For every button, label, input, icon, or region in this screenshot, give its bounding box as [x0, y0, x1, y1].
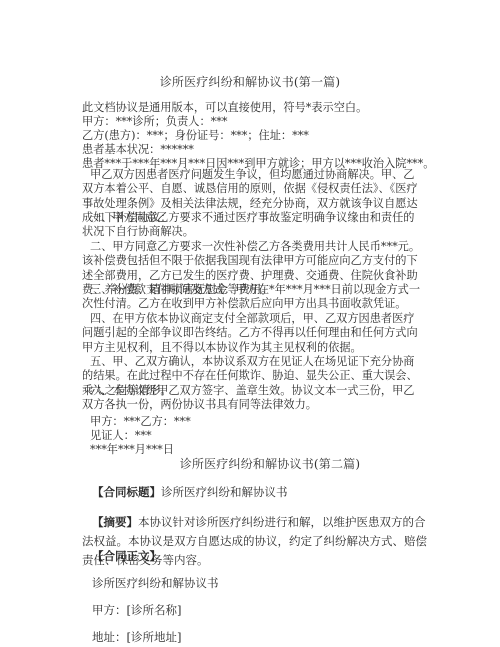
clause-1: 一、甲方同意乙方要求不通过医疗事故鉴定明确争议缘由和责任的状况下自行协商解决。 — [82, 211, 422, 240]
abstract-label: 【摘要】 — [92, 515, 138, 529]
contract-title-row: 【合同标题】诊所医疗纠纷和解协议书 — [92, 484, 288, 500]
body-party-a: 甲方：[诊所名称] — [92, 602, 181, 618]
body-title: 诊所医疗纠纷和解协议书 — [92, 575, 219, 591]
contract-title-label: 【合同标题】 — [92, 485, 161, 499]
contract-title: 诊所医疗纠纷和解协议书 — [161, 485, 288, 499]
article-1-title: 诊所医疗纠纷和解协议书(第一篇) — [0, 73, 500, 90]
article-2-title: 诊所医疗纠纷和解协议书(第二篇) — [20, 455, 500, 472]
body-address: 地址：[诊所地址] — [92, 629, 181, 645]
document-page: 诊所医疗纠纷和解协议书(第一篇) 此文档协议是通用版本，可以直接使用，符号*表示… — [0, 0, 500, 647]
clause-3: 三、补偿款支付时间及方式：甲方在*年***月***日前以现金方式一次性付清。乙方… — [82, 283, 422, 312]
clause-4: 四、在甲方依本协议商定支付全部款项后，甲、乙双方因患者医疗问题引起的全部争议即告… — [82, 312, 422, 355]
body-label: 【合同正文】 — [92, 548, 161, 564]
clause-6: 六、本协议经甲乙双方签字、盖章生效。协议文本一式三份，甲乙双方各执一份，两份协议… — [82, 384, 422, 413]
